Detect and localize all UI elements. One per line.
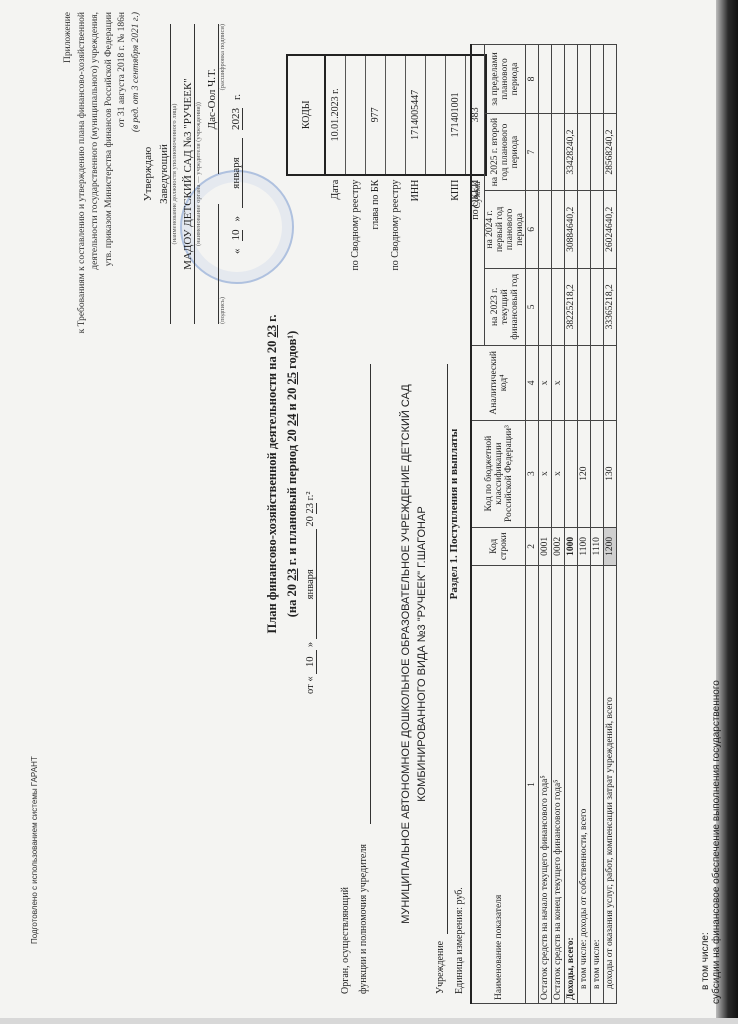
signature-captions: (подпись) (расшифровка подписи) [219,24,226,324]
col-number: 5 [526,268,539,345]
row-beyond [578,45,591,114]
appendix-line: утв. приказом Министерства финансов Росс… [103,12,117,472]
row-2025 [578,114,591,191]
organ-field [370,364,371,824]
row-name: в том числе: доходы от собственности, вс… [578,566,591,1004]
row-2025 [539,114,552,191]
row-2024: 26024640,2 [604,191,617,269]
appendix-edition: (в ред. от 3 сентября 2021 г.) [130,12,144,472]
unit-label: Единица измерения: руб. [454,887,465,994]
code-value [426,55,446,175]
signature-caption: (подпись) [219,297,226,324]
row-beyond [565,45,578,114]
plan-date-line: от « 10 » января 20 23 г.² [305,294,317,694]
approval-organization: МАДОУ ДЕТСКИЙ САД №3 "РУЧЕЕК" [178,24,195,324]
row-an [565,346,578,421]
approval-month: января [230,138,243,208]
date-day: 10 [305,650,317,674]
garant-footer-note: Подготовлено с использованием системы ГА… [30,756,39,944]
code-value [346,55,366,175]
col-number: 4 [526,346,539,421]
row-2025: 33428240,2 [565,114,578,191]
title-suffix: г. [265,315,279,322]
row-beyond [604,45,617,114]
title-line2-year: 23 [285,568,299,581]
institution-name-line1: МУНИЦИПАЛЬНОЕ АВТОНОМНОЕ ДОШКОЛЬНОЕ ОБРА… [398,354,414,954]
row-bk [565,420,578,527]
code-label: Дата [325,175,346,334]
code-value: 171401001 [446,55,466,175]
position-caption: (наименование должности уполномоченного … [171,24,178,324]
code-value: 10.01.2023 г. [325,55,346,175]
appendix-note: Приложение к Требованиям к составлению и… [62,12,143,472]
row-code: 1110 [591,527,604,565]
row-2023: 33365218,2 [604,268,617,345]
row-bk: x [539,420,552,527]
date-year: 23 [305,503,317,514]
col-number: 8 [526,45,539,114]
row-2023 [578,268,591,345]
row-name: Остаток средств на начало текущего финан… [539,566,552,1004]
col-number: 6 [526,191,539,269]
row-beyond [591,45,604,114]
institution-name: МУНИЦИПАЛЬНОЕ АВТОНОМНОЕ ДОШКОЛЬНОЕ ОБРА… [398,354,430,954]
row-2023: 38225218,2 [565,268,578,345]
row-bk [591,420,604,527]
organ-label-2: функции и полномочия учредителя [358,844,369,994]
continuation-line-1: в том числе: [700,404,711,1004]
row-beyond [552,45,565,114]
date-from: от « [305,676,316,694]
row-an [578,346,591,421]
row-bk: x [552,420,565,527]
table-row: в том числе: 1110 [591,45,604,1004]
row-code: 1100 [578,527,591,565]
table-row: в том числе: доходы от собственности, вс… [578,45,591,1004]
title-line1: План финансово-хозяйственной деятельност… [265,341,279,634]
col-2023: на 2023 г. текущий финансовый год [485,268,526,345]
title-line2-and: и 20 [285,388,299,411]
row-bk: 130 [604,420,617,527]
row-code: 1000 [565,527,578,565]
row-an: x [539,346,552,421]
row-code: 0001 [539,527,552,565]
rotated-document-page: Подготовлено с использованием системы ГА… [0,0,716,1024]
col-beyond: за пределами планового периода [485,45,526,114]
codes-block: КОДЫ Дата10.01.2023 г. по Сводному реест… [286,54,487,334]
col-line-code: Код строки [471,527,526,565]
col-analytic-code: Аналитический код⁴ [471,346,526,421]
code-value: 977 [366,55,386,175]
title-line2-mid: г. и плановый период 20 [285,429,299,565]
title-line2-suffix: годов¹) [285,331,299,369]
date-suffix: г.² [305,492,316,501]
code-label [426,175,446,334]
row-name: Доходы, всего: [565,566,578,1004]
row-bk: 120 [578,420,591,527]
row-2024: 30884640,2 [565,191,578,269]
approval-year-suffix: г. [231,94,243,100]
col-2025: на 2025 г. второй год планового периода [485,114,526,191]
col-2024: на 2024 г. первый год планового периода [485,191,526,269]
date-century: 20 [305,516,316,527]
table-row: Остаток средств на конец текущего финанс… [552,45,565,1004]
column-numbers-row: 1 2 3 4 5 6 7 8 [526,45,539,1004]
approval-date: «10» января 2023 г. [230,24,243,324]
receipts-payments-table: Наименование показателя Код строки Код п… [470,44,617,1004]
row-2024 [578,191,591,269]
institution-label: Учреждение [435,941,446,994]
row-2023 [591,268,604,345]
row-code: 0002 [552,527,565,565]
row-2024 [591,191,604,269]
signature-field [202,204,219,324]
row-2024 [552,191,565,269]
code-label: по Сводному реестру [346,175,366,334]
title-year: 23 [265,325,279,338]
row-an [591,346,604,421]
row-2023 [552,268,565,345]
date-month: января [305,529,317,639]
organization-caption: (наименование органа — учредителя (учреж… [195,24,202,324]
signature-row: Дас-Оол Ч.Т. [202,24,219,324]
row-2025 [591,114,604,191]
appendix-line: к Требованиям к составлению и утверждени… [76,12,90,472]
row-name: Остаток средств на конец текущего финанс… [552,566,565,1004]
row-beyond [539,45,552,114]
approval-block: Утверждаю Заведующий (наименование должн… [142,24,243,324]
title-line2-year2: 24 [285,414,299,427]
code-value [386,55,406,175]
code-label: глава по БК [366,175,386,334]
row-2023 [539,268,552,345]
col-name: Наименование показателя [471,566,526,1004]
col-number: 1 [526,566,539,1004]
approval-heading: Утверждаю [142,24,154,324]
col-number: 3 [526,420,539,527]
date-close: » [305,642,316,647]
table-continuation: в том числе: субсидии на финансовое обес… [700,404,722,1004]
table-row: доходы от оказания услуг, работ, компенс… [604,45,617,1004]
col-number: 2 [526,527,539,565]
table-row: Остаток средств на начало текущего финан… [539,45,552,1004]
table-row: Доходы, всего: 1000 38225218,2 30884640,… [565,45,578,1004]
col-number: 7 [526,114,539,191]
row-2024 [539,191,552,269]
appendix-line: деятельности государственного (муниципал… [89,12,103,472]
signer-name: Дас-Оол Ч.Т. [202,24,219,174]
approval-year: 2023 [230,108,243,130]
institution-name-line2: КОМБИНИРОВАННОГО ВИДА №3 "РУЧЕЕК" Г.ШАГО… [414,354,430,954]
signer-caption: (расшифровка подписи) [219,24,226,90]
row-2025 [552,114,565,191]
row-2025: 28568240,2 [604,114,617,191]
codes-header: КОДЫ [287,55,325,175]
approval-day: 10 [230,230,243,241]
code-label: ИНН [406,175,426,334]
organ-label-1: Орган, осуществляющий [340,887,351,994]
row-name: в том числе: [591,566,604,1004]
appendix-line: Приложение [62,12,76,472]
row-name: доходы от оказания услуг, работ, компенс… [604,566,617,1004]
code-label: по Сводному реестру [386,175,406,334]
col-budget-code: Код по бюджетной классификации Российско… [471,420,526,527]
continuation-line-2: субсидии на финансовое обеспечение выпол… [711,404,722,1004]
section-title: Раздел 1. Поступления и выплаты [448,294,460,734]
approval-position: Заведующий [154,24,171,324]
title-line2-prefix: (на 20 [285,584,299,617]
col-sum: Сумма [471,45,485,346]
row-code: 1200 [604,527,617,565]
row-an: x [552,346,565,421]
appendix-line: от 31 августа 2018 г. № 186н [116,12,130,472]
code-value: 1714005447 [406,55,426,175]
row-an [604,346,617,421]
title-line2-year3: 25 [285,372,299,385]
